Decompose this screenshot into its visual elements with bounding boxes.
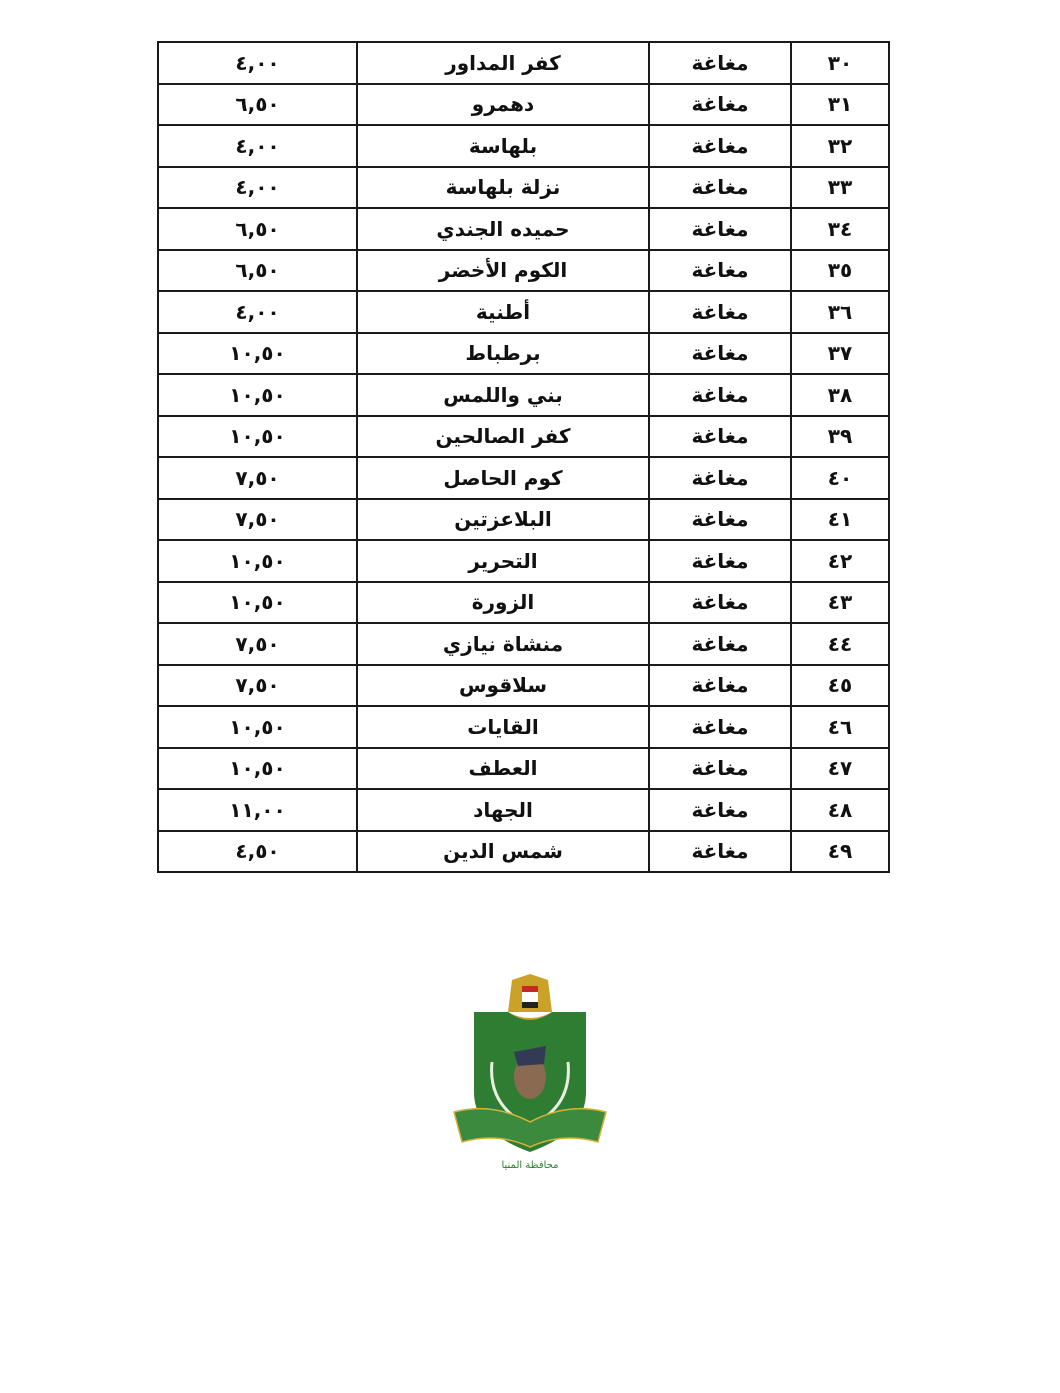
status-cell: مغاغة: [649, 457, 791, 499]
table-row: ٣٠مغاغةكفر المداور٤,٠٠: [158, 42, 889, 84]
fare-value: ٧,٥٠: [158, 457, 357, 499]
fare-value: ١٠,٥٠: [158, 374, 357, 416]
fare-value: ١٠,٥٠: [158, 706, 357, 748]
row-number: ٣٠: [791, 42, 889, 84]
table-row: ٣٦مغاغةأطنية٤,٠٠: [158, 291, 889, 333]
status-cell: مغاغة: [649, 167, 791, 209]
status-cell: مغاغة: [649, 831, 791, 873]
village-name: البلاعزتين: [357, 499, 649, 541]
village-name: دهمرو: [357, 84, 649, 126]
status-cell: مغاغة: [649, 582, 791, 624]
table-row: ٣٣مغاغةنزلة بلهاسة٤,٠٠: [158, 167, 889, 209]
row-number: ٤٩: [791, 831, 889, 873]
status-cell: مغاغة: [649, 665, 791, 707]
fare-value: ١٠,٥٠: [158, 333, 357, 375]
table-row: ٤٦مغاغةالقايات١٠,٥٠: [158, 706, 889, 748]
status-cell: مغاغة: [649, 499, 791, 541]
table-row: ٤٣مغاغةالزورة١٠,٥٠: [158, 582, 889, 624]
row-number: ٣٣: [791, 167, 889, 209]
table-row: ٣١مغاغةدهمرو٦,٥٠: [158, 84, 889, 126]
table-row: ٤٧مغاغةالعطف١٠,٥٠: [158, 748, 889, 790]
village-name: شمس الدين: [357, 831, 649, 873]
minya-governorate-emblem-icon: محافظة المنيا: [452, 972, 608, 1177]
village-name: بني واللمس: [357, 374, 649, 416]
village-name: التحرير: [357, 540, 649, 582]
village-name: برطباط: [357, 333, 649, 375]
row-number: ٤٦: [791, 706, 889, 748]
table-row: ٤٨مغاغةالجهاد١١,٠٠: [158, 789, 889, 831]
fare-value: ١٠,٥٠: [158, 540, 357, 582]
village-name: سلاقوس: [357, 665, 649, 707]
fare-value: ١١,٠٠: [158, 789, 357, 831]
status-cell: مغاغة: [649, 623, 791, 665]
row-number: ٤٠: [791, 457, 889, 499]
table-row: ٤٤مغاغةمنشاة نيازي٧,٥٠: [158, 623, 889, 665]
table-row: ٣٨مغاغةبني واللمس١٠,٥٠: [158, 374, 889, 416]
village-name: الكوم الأخضر: [357, 250, 649, 292]
fare-value: ٤,٥٠: [158, 831, 357, 873]
status-cell: مغاغة: [649, 250, 791, 292]
status-cell: مغاغة: [649, 540, 791, 582]
fare-value: ٤,٠٠: [158, 167, 357, 209]
table-row: ٤٢مغاغةالتحرير١٠,٥٠: [158, 540, 889, 582]
row-number: ٣٤: [791, 208, 889, 250]
table-row: ٤٠مغاغةكوم الحاصل٧,٥٠: [158, 457, 889, 499]
fare-value: ٧,٥٠: [158, 623, 357, 665]
table-row: ٤٩مغاغةشمس الدين٤,٥٠: [158, 831, 889, 873]
row-number: ٣٩: [791, 416, 889, 458]
table-row: ٣٧مغاغةبرطباط١٠,٥٠: [158, 333, 889, 375]
status-cell: مغاغة: [649, 789, 791, 831]
fare-value: ٦,٥٠: [158, 208, 357, 250]
village-name: كفر الصالحين: [357, 416, 649, 458]
village-name: حميده الجندي: [357, 208, 649, 250]
row-number: ٤٥: [791, 665, 889, 707]
village-name: نزلة بلهاسة: [357, 167, 649, 209]
table-row: ٣٥مغاغةالكوم الأخضر٦,٥٠: [158, 250, 889, 292]
row-number: ٤٧: [791, 748, 889, 790]
table-row: ٣٤مغاغةحميده الجندي٦,٥٠: [158, 208, 889, 250]
fare-value: ١٠,٥٠: [158, 748, 357, 790]
table-row: ٤٥مغاغةسلاقوس٧,٥٠: [158, 665, 889, 707]
status-cell: مغاغة: [649, 125, 791, 167]
row-number: ٤٨: [791, 789, 889, 831]
table-row: ٤١مغاغةالبلاعزتين٧,٥٠: [158, 499, 889, 541]
fare-value: ٤,٠٠: [158, 125, 357, 167]
fare-value: ٤,٠٠: [158, 42, 357, 84]
row-number: ٣٥: [791, 250, 889, 292]
village-name: الزورة: [357, 582, 649, 624]
fare-value: ٦,٥٠: [158, 84, 357, 126]
status-cell: مغاغة: [649, 42, 791, 84]
village-name: بلهاسة: [357, 125, 649, 167]
status-cell: مغاغة: [649, 333, 791, 375]
row-number: ٣١: [791, 84, 889, 126]
village-name: كوم الحاصل: [357, 457, 649, 499]
fare-value: ٤,٠٠: [158, 291, 357, 333]
fare-value: ١٠,٥٠: [158, 582, 357, 624]
status-cell: مغاغة: [649, 706, 791, 748]
row-number: ٣٦: [791, 291, 889, 333]
status-cell: مغاغة: [649, 291, 791, 333]
village-name: العطف: [357, 748, 649, 790]
fare-value: ٧,٥٠: [158, 665, 357, 707]
svg-text:محافظة المنيا: محافظة المنيا: [501, 1160, 558, 1171]
village-name: منشاة نيازي: [357, 623, 649, 665]
status-cell: مغاغة: [649, 374, 791, 416]
fare-value: ١٠,٥٠: [158, 416, 357, 458]
row-number: ٤٣: [791, 582, 889, 624]
fare-value: ٧,٥٠: [158, 499, 357, 541]
row-number: ٤٤: [791, 623, 889, 665]
status-cell: مغاغة: [649, 748, 791, 790]
row-number: ٤٢: [791, 540, 889, 582]
village-name: الجهاد: [357, 789, 649, 831]
table-row: ٣٢مغاغةبلهاسة٤,٠٠: [158, 125, 889, 167]
row-number: ٣٢: [791, 125, 889, 167]
table-row: ٣٩مغاغةكفر الصالحين١٠,٥٠: [158, 416, 889, 458]
fare-value: ٦,٥٠: [158, 250, 357, 292]
row-number: ٣٧: [791, 333, 889, 375]
status-cell: مغاغة: [649, 84, 791, 126]
village-name: أطنية: [357, 291, 649, 333]
row-number: ٤١: [791, 499, 889, 541]
status-cell: مغاغة: [649, 208, 791, 250]
status-cell: مغاغة: [649, 416, 791, 458]
row-number: ٣٨: [791, 374, 889, 416]
fares-table: ٣٠مغاغةكفر المداور٤,٠٠٣١مغاغةدهمرو٦,٥٠٣٢…: [157, 41, 890, 873]
village-name: كفر المداور: [357, 42, 649, 84]
village-name: القايات: [357, 706, 649, 748]
